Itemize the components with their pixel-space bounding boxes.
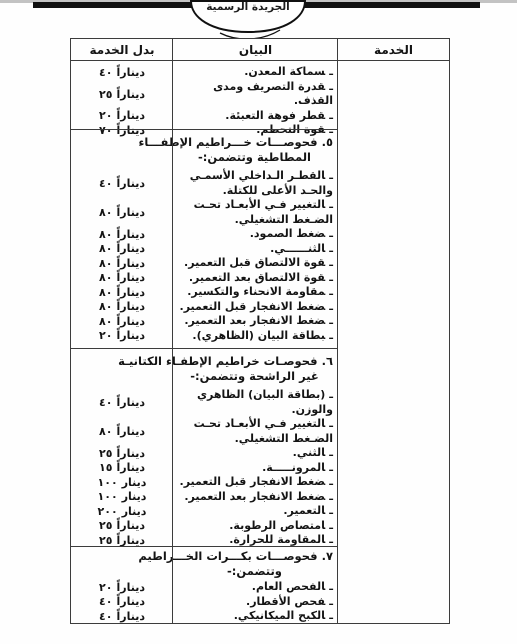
fee-cell: ٨٠ديناراً (71, 271, 173, 286)
fee-amount: ٤٠ (99, 177, 112, 190)
fee-unit: ديناراً (116, 286, 145, 299)
dash-bullet: ـ (329, 504, 333, 517)
fee-cell: ٨٠ديناراً (71, 198, 173, 227)
description-cell: ـ(بطاقة البيان) الظاهري والوزن. (173, 388, 338, 417)
dash-bullet: ـ (329, 417, 333, 430)
section-title-line: ٧. فحوصـــات بكـــرات الخـــراطيم (176, 549, 333, 564)
description-line: ـالثني. (176, 446, 333, 461)
description-text: بطاقة البيان (الظاهري). (192, 329, 325, 342)
fee-amount: ٨٠ (99, 206, 112, 219)
fee-cell: ٨٠ديناراً (71, 285, 173, 300)
description-cell: ـالتغيير فـي الأبعـاد تحـت الضـغط التشغي… (173, 198, 338, 227)
description-text: قطر فوهة التعبئة. (225, 109, 325, 122)
fee-unit: دينار (122, 476, 147, 489)
fee-unit: ديناراً (116, 242, 145, 255)
description-line: ـضغط الانفجار بعد التعمير. (176, 314, 333, 329)
table-row: ـضغط الانفجار بعد التعمير.١٠٠دينار (71, 490, 338, 505)
section-title-line: وتتضمن:- (176, 564, 333, 579)
dash-bullet: ـ (329, 256, 333, 269)
description-line: ـالتعمير. (176, 504, 333, 519)
fee-unit: ديناراً (116, 461, 145, 474)
table-row: ـسماكة المعدن.٤٠ديناراً (71, 61, 338, 80)
table-row: ـقوة الالتصاق بعد التعمير.٨٠ديناراً (71, 271, 338, 286)
description-text: المقاومة للحرارة. (229, 533, 325, 546)
fee-unit: ديناراً (116, 595, 145, 608)
description-line: ـقطر فوهة التعبئة. (176, 109, 333, 124)
fee-unit: ديناراً (116, 396, 145, 409)
table-row: ـمقاومة الانحناء والتكسير.٨٠ديناراً (71, 285, 338, 300)
table-row: ـقدرة التصريف ومدى القذف.٢٥ديناراً (71, 80, 338, 109)
fee-amount: ٨٠ (99, 228, 112, 241)
fee-amount: ٨٠ (99, 271, 112, 284)
description-text: التعمير. (283, 504, 325, 517)
description-cell: ـقوة الالتصاق قبل التعمير. (173, 256, 338, 271)
description-cell: ـامتصاص الرطوبة. (173, 519, 338, 534)
dash-bullet: ـ (329, 475, 333, 488)
fee-amount: ٢٥ (99, 519, 112, 532)
dash-bullet: ـ (329, 65, 333, 78)
fee-unit: دينار (122, 490, 147, 503)
description-text: (بطاقة البيان) الظاهري والوزن. (197, 388, 333, 416)
fee-unit: ديناراً (116, 88, 145, 101)
column-divider (337, 39, 338, 623)
table-row: ـضغط الانفجار بعد التعمير.٨٠ديناراً (71, 314, 338, 329)
description-cell: ـالمرونـــــة. (173, 461, 338, 476)
description-line: ـالكبح الميكانيكي. (176, 609, 333, 623)
fee-unit: ديناراً (116, 534, 145, 547)
description-line: ـقدرة التصريف ومدى القذف. (176, 80, 333, 109)
column-header-fee: بدل الخدمة (71, 43, 173, 57)
description-text: ضغط الانفجار بعد التعمير. (184, 314, 325, 327)
description-line: ـضغط الصمود. (176, 227, 333, 242)
table-row: ـالثني.٢٥ديناراً (71, 446, 338, 461)
fee-amount: ١٠٠ (98, 476, 118, 489)
description-fee-columns: ـسماكة المعدن.٤٠ديناراًـقدرة التصريف ومد… (71, 61, 338, 623)
fee-amount: ٨٠ (99, 425, 112, 438)
description-line: ـبطاقة البيان (الظاهري). (176, 329, 333, 344)
description-line: ـضغط الانفجار قبل التعمير. (176, 300, 333, 315)
fee-cell: ٨٠ديناراً (71, 314, 173, 329)
description-cell: ـفحص الأقطار. (173, 595, 338, 610)
fee-unit: ديناراً (116, 206, 145, 219)
fee-cell: ٨٠ديناراً (71, 242, 173, 257)
table-row: ـقطر فوهة التعبئة.٢٠ديناراً (71, 109, 338, 124)
description-cell: ـالتغيير فـي الأبعـاد تحـت الضـغط التشغي… (173, 417, 338, 446)
table-row: ـفحص الأقطار.٤٠ديناراً (71, 595, 338, 610)
description-cell: ـالقطـر الـداخلي الأسمـي والحـد الأعلى ل… (173, 169, 338, 198)
fee-cell: ٤٠ديناراً (71, 61, 173, 80)
fee-amount: ٨٠ (99, 257, 112, 270)
description-line: ـالقطـر الـداخلي الأسمـي والحـد الأعلى ل… (176, 169, 333, 198)
table-row: ـ(بطاقة البيان) الظاهري والوزن.٤٠ديناراً (71, 388, 338, 417)
fee-cell: ٤٠ديناراً (71, 388, 173, 417)
fee-cell: ٤٠ديناراً (71, 609, 173, 623)
gazette-page: الجريدة الرسمية الخدمة البيان بدل الخدمة… (0, 0, 517, 644)
fee-unit: ديناراً (116, 329, 145, 342)
fee-unit: ديناراً (116, 581, 145, 594)
description-text: الكبح الميكانيكي. (234, 609, 326, 622)
fee-cell: ٨٠ديناراً (71, 227, 173, 242)
description-cell: ـضغط الانفجار قبل التعمير. (173, 475, 338, 490)
fee-amount: ١٠٠ (98, 490, 118, 503)
fee-amount: ٢٠ (99, 329, 112, 342)
dash-bullet: ـ (329, 300, 333, 313)
fee-cell: ٢٠ديناراً (71, 329, 173, 344)
column-divider (172, 39, 173, 623)
description-text: قوة الالتصاق بعد التعمير. (189, 271, 325, 284)
description-text: المرونـــــة. (262, 461, 325, 474)
description-text: القطـر الـداخلي الأسمـي والحـد الأعلى لل… (190, 169, 333, 197)
description-line: ـضغط الانفجار بعد التعمير. (176, 490, 333, 505)
description-text: ضغط الانفجار قبل التعمير. (180, 475, 326, 488)
table-row: ـضغط الانفجار قبل التعمير.١٠٠دينار (71, 475, 338, 490)
description-text: ضغط الانفجار قبل التعمير. (180, 300, 326, 313)
description-cell: ـضغط الانفجار بعد التعمير. (173, 314, 338, 329)
fee-cell: ١٠٠دينار (71, 475, 173, 490)
description-cell: ـقطر فوهة التعبئة. (173, 109, 338, 124)
section-title-row: ٥. فحوصـــات خـــراطيم الإطفـــاءالمطاطي… (71, 130, 338, 169)
fee-cell-empty (71, 349, 173, 388)
description-line: ـسماكة المعدن. (176, 65, 333, 80)
fee-amount: ٢٠ (99, 581, 112, 594)
fee-unit: ديناراً (116, 177, 145, 190)
description-cell: ـقدرة التصريف ومدى القذف. (173, 80, 338, 109)
section-title-row: ٦. فحوصـات خراطيم الإطفـاء الكتانيـةغير … (71, 349, 338, 388)
table-row: ـضغط الانفجار قبل التعمير.٨٠ديناراً (71, 300, 338, 315)
fee-unit: ديناراً (116, 519, 145, 532)
description-line: ـقوة الالتصاق بعد التعمير. (176, 271, 333, 286)
dash-bullet: ـ (329, 109, 333, 122)
fee-cell: ٢٠٠دينار (71, 504, 173, 519)
dash-bullet: ـ (329, 198, 333, 211)
dash-bullet: ـ (329, 580, 333, 593)
fee-cell: ٢٠ديناراً (71, 109, 173, 124)
fee-cell: ٢٥ديناراً (71, 446, 173, 461)
table-row: ـالتغيير فـي الأبعـاد تحـت الضـغط التشغي… (71, 417, 338, 446)
description-cell: ـالكبح الميكانيكي. (173, 609, 338, 623)
fee-unit: ديناراً (116, 271, 145, 284)
description-text: سماكة المعدن. (244, 65, 325, 78)
dash-bullet: ـ (329, 609, 333, 622)
fee-cell: ٢٥ديناراً (71, 519, 173, 534)
description-text: مقاومة الانحناء والتكسير. (187, 285, 325, 298)
dash-bullet: ـ (329, 227, 333, 240)
description-cell: ـضغط الانفجار قبل التعمير. (173, 300, 338, 315)
description-line: ـالفحص العام. (176, 580, 333, 595)
dash-bullet: ـ (329, 446, 333, 459)
description-line: ـضغط الانفجار قبل التعمير. (176, 475, 333, 490)
description-cell: ـالثني. (173, 446, 338, 461)
service-block: ٥. فحوصـــات خـــراطيم الإطفـــاءالمطاطي… (71, 129, 338, 348)
service-block: ٦. فحوصـات خراطيم الإطفـاء الكتانيـةغير … (71, 348, 338, 546)
column-header-service: الخدمة (338, 43, 449, 57)
description-cell: ـقوة الالتصاق بعد التعمير. (173, 271, 338, 286)
dash-bullet: ـ (329, 490, 333, 503)
fee-cell-empty (71, 547, 173, 580)
description-line: ـقوة الالتصاق قبل التعمير. (176, 256, 333, 271)
fee-cell-empty (71, 130, 173, 169)
description-cell: ـالفحص العام. (173, 580, 338, 595)
description-text: قدرة التصريف ومدى القذف. (213, 80, 333, 108)
description-text: امتصاص الرطوبة. (229, 519, 325, 532)
description-line: ـامتصاص الرطوبة. (176, 519, 333, 534)
description-text: التغيير فـي الأبعـاد تحـت الضـغط التشغيل… (194, 198, 333, 226)
dash-bullet: ـ (329, 533, 333, 546)
column-header-description: البيان (173, 43, 338, 57)
fee-unit: دينار (122, 505, 147, 518)
fee-unit: ديناراً (116, 257, 145, 270)
dash-bullet: ـ (329, 242, 333, 255)
description-text: الثني. (293, 446, 326, 459)
fee-unit: ديناراً (116, 66, 145, 79)
fee-amount: ٤٠ (99, 595, 112, 608)
table-row: ـالقطـر الـداخلي الأسمـي والحـد الأعلى ل… (71, 169, 338, 198)
gazette-title: الجريدة الرسمية (188, 1, 308, 13)
dash-bullet: ـ (329, 271, 333, 284)
description-line: ـفحص الأقطار. (176, 595, 333, 610)
description-text: فحص الأقطار. (246, 595, 325, 608)
description-line: ـالتغيير فـي الأبعـاد تحـت الضـغط التشغي… (176, 417, 333, 446)
fee-amount: ٢٥ (99, 88, 112, 101)
fee-cell: ٢٠ديناراً (71, 580, 173, 595)
description-text: الثنــــــي. (270, 242, 325, 255)
fee-amount: ٨٠ (99, 300, 112, 313)
fee-cell: ١٥ديناراً (71, 461, 173, 476)
description-cell: ـالتعمير. (173, 504, 338, 519)
description-text: ضغط الصمود. (250, 227, 326, 240)
table-row: ـالمرونـــــة.١٥ديناراً (71, 461, 338, 476)
table-row: ـالفحص العام.٢٠ديناراً (71, 580, 338, 595)
table-row: ـامتصاص الرطوبة.٢٥ديناراً (71, 519, 338, 534)
description-cell: ـسماكة المعدن. (173, 61, 338, 80)
description-line: ـالتغيير فـي الأبعـاد تحـت الضـغط التشغي… (176, 198, 333, 227)
dash-bullet: ـ (329, 169, 333, 182)
description-text: التغيير فـي الأبعـاد تحـت الضـغط التشغيل… (194, 417, 333, 445)
section-title-line: المطاطية وتتضمن:- (176, 150, 333, 165)
dash-bullet: ـ (329, 314, 333, 327)
fee-amount: ٤٠ (99, 396, 112, 409)
table-row: ـبطاقة البيان (الظاهري).٢٠ديناراً (71, 329, 338, 344)
dash-bullet: ـ (329, 595, 333, 608)
fee-cell: ٨٠ديناراً (71, 417, 173, 446)
table-row: ـالتعمير.٢٠٠دينار (71, 504, 338, 519)
fee-amount: ٤٠ (99, 66, 112, 79)
fee-amount: ٨٠ (99, 242, 112, 255)
fee-cell: ٨٠ديناراً (71, 300, 173, 315)
section-title-row: ٧. فحوصـــات بكـــرات الخـــراطيموتتضمن:… (71, 547, 338, 580)
description-cell: ـضغط الصمود. (173, 227, 338, 242)
fee-unit: ديناراً (116, 610, 145, 623)
section-title-line: غير الراشحة وتتضمن:- (176, 369, 333, 384)
service-block: ـسماكة المعدن.٤٠ديناراًـقدرة التصريف ومد… (71, 61, 338, 129)
description-line: ـمقاومة الانحناء والتكسير. (176, 285, 333, 300)
table-row: ـضغط الصمود.٨٠ديناراً (71, 227, 338, 242)
table-row: ـقوة الالتصاق قبل التعمير.٨٠ديناراً (71, 256, 338, 271)
fee-amount: ٨٠ (99, 315, 112, 328)
fee-cell: ٢٥ديناراً (71, 80, 173, 109)
fee-cell: ٤٠ديناراً (71, 169, 173, 198)
dash-bullet: ـ (329, 285, 333, 298)
fee-unit: ديناراً (116, 300, 145, 313)
service-column-empty-cell (338, 61, 449, 623)
dash-bullet: ـ (329, 461, 333, 474)
dash-bullet: ـ (329, 388, 333, 401)
fee-amount: ٨٠ (99, 286, 112, 299)
fee-unit: ديناراً (116, 315, 145, 328)
section-title-line: ٥. فحوصـــات خـــراطيم الإطفـــاء (176, 135, 333, 150)
section-title: ٥. فحوصـــات خـــراطيم الإطفـــاءالمطاطي… (173, 130, 338, 165)
fee-unit: ديناراً (116, 425, 145, 438)
description-text: الفحص العام. (252, 580, 325, 593)
fee-amount: ٢٠ (99, 109, 112, 122)
description-cell: ـضغط الانفجار بعد التعمير. (173, 490, 338, 505)
table-row: ـالكبح الميكانيكي.٤٠ديناراً (71, 609, 338, 623)
fee-amount: ١٥ (99, 461, 112, 474)
description-cell: ـمقاومة الانحناء والتكسير. (173, 285, 338, 300)
section-title: ٦. فحوصـات خراطيم الإطفـاء الكتانيـةغير … (173, 349, 338, 384)
section-title-line: ٦. فحوصـات خراطيم الإطفـاء الكتانيـة (176, 354, 333, 369)
fees-table: الخدمة البيان بدل الخدمة ـسماكة المعدن.٤… (70, 38, 450, 624)
fee-cell: ٤٠ديناراً (71, 595, 173, 610)
fee-amount: ٤٠ (99, 610, 112, 623)
description-text: ضغط الانفجار بعد التعمير. (184, 490, 325, 503)
description-text: قوة الالتصاق قبل التعمير. (184, 256, 325, 269)
fee-cell: ١٠٠دينار (71, 490, 173, 505)
section-title: ٧. فحوصـــات بكـــرات الخـــراطيموتتضمن:… (173, 547, 338, 579)
fee-amount: ٢٥ (99, 447, 112, 460)
dash-bullet: ـ (329, 329, 333, 342)
dash-bullet: ـ (329, 519, 333, 532)
fee-cell: ٨٠ديناراً (71, 256, 173, 271)
table-body: ـسماكة المعدن.٤٠ديناراًـقدرة التصريف ومد… (71, 61, 449, 623)
table-header-row: الخدمة البيان بدل الخدمة (71, 39, 449, 61)
table-row: ـالثنــــــي.٨٠ديناراً (71, 242, 338, 257)
description-line: ـ(بطاقة البيان) الظاهري والوزن. (176, 388, 333, 417)
table-row: ـالتغيير فـي الأبعـاد تحـت الضـغط التشغي… (71, 198, 338, 227)
fee-amount: ٢٠٠ (98, 505, 118, 518)
description-cell: ـالثنــــــي. (173, 242, 338, 257)
fee-amount: ٢٥ (99, 534, 112, 547)
description-line: ـالثنــــــي. (176, 242, 333, 257)
fee-unit: ديناراً (116, 109, 145, 122)
fee-unit: ديناراً (116, 228, 145, 241)
description-line: ـالمرونـــــة. (176, 461, 333, 476)
fee-unit: ديناراً (116, 447, 145, 460)
description-cell: ـبطاقة البيان (الظاهري). (173, 329, 338, 344)
service-block: ٧. فحوصـــات بكـــرات الخـــراطيموتتضمن:… (71, 546, 338, 623)
dash-bullet: ـ (329, 80, 333, 93)
